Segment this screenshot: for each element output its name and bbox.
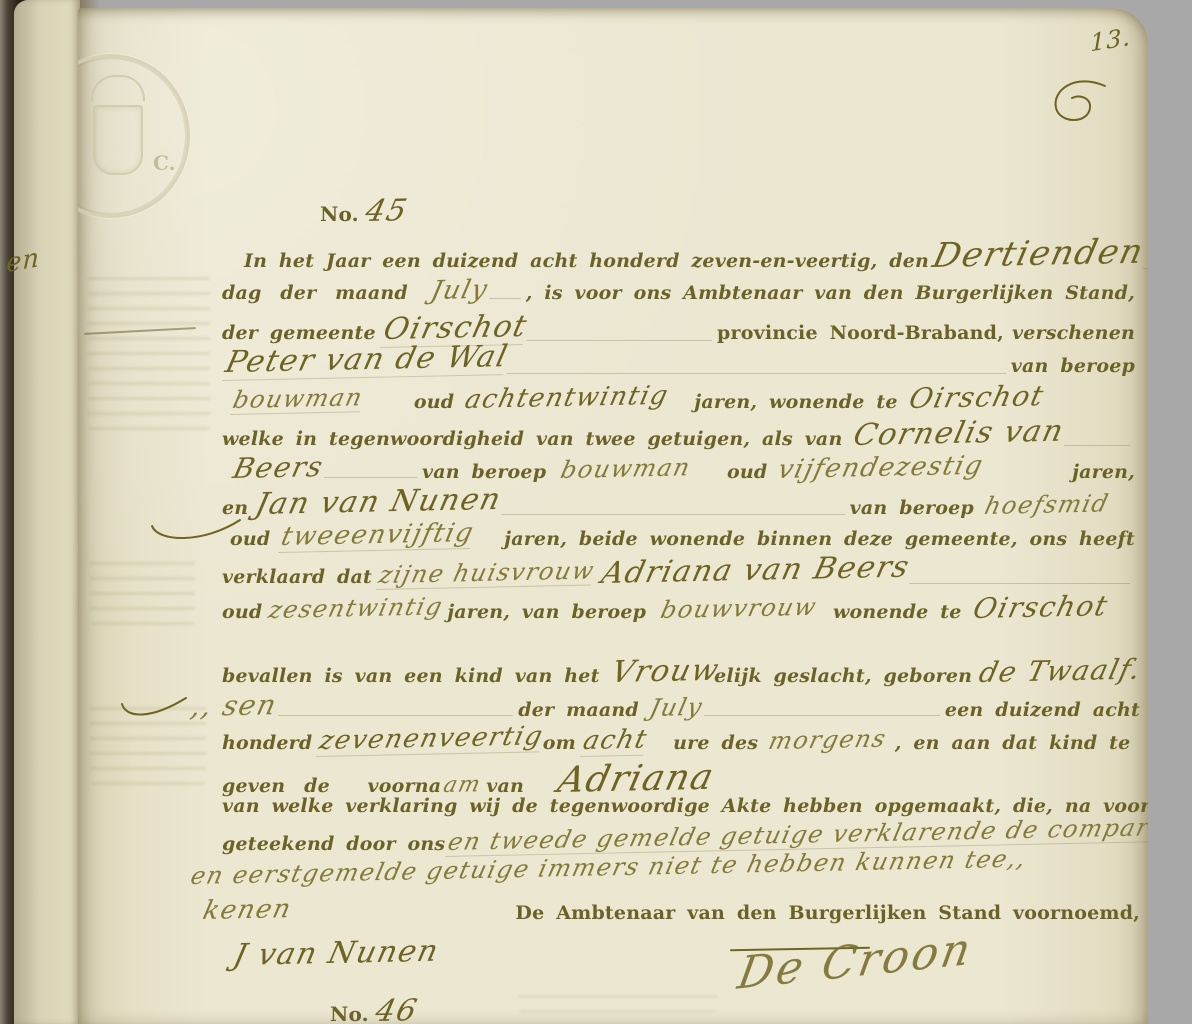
handwritten-witness1-surname: Beers [230, 450, 327, 485]
printed-text: der maand [518, 699, 639, 721]
handwritten-occupation: bouwman [230, 383, 366, 415]
form-line-official-title: kenen De Ambtenaar van den Burgerlijken … [200, 896, 1140, 926]
printed-text: oud [230, 528, 270, 550]
form-line-witness2: en Jan van Nunen van beroep hoefsmid [222, 487, 1135, 522]
printed-text: In het Jaar een duizend acht honderd zev… [244, 250, 929, 272]
previous-page-edge: en [14, 0, 80, 1024]
printed-text: De Ambtenaar van den Burgerlijken Stand … [515, 902, 1140, 924]
handwritten-witness1-name: Cornelis van [850, 414, 1068, 453]
printed-text: welke in tegenwoordigheid van twee getui… [222, 428, 842, 450]
form-line-witness2-details: oud tweeenvijftig jaren, beide wonende b… [230, 522, 1135, 553]
act-number-value: 45 [362, 193, 411, 229]
act-number-label: No. [320, 202, 359, 226]
next-act-number-line: No. 46 [330, 994, 530, 1024]
form-line-witness1-details: Beers van beroep bouwman oud vijfendezes… [230, 452, 1135, 485]
printed-text: geven de voorna [222, 775, 441, 797]
printed-text: bevallen is van een kind van het [222, 665, 600, 687]
handwritten-month: July [428, 275, 491, 306]
handwritten-day: Dertienden [929, 232, 1148, 276]
bleed-through-smudge [88, 270, 210, 430]
seal-shield-icon [93, 105, 143, 175]
printed-text: jaren, wonende te [694, 391, 897, 413]
embossed-seal: 0 C. [78, 54, 190, 218]
bleed-through-smudge [518, 983, 718, 1013]
printed-text: jaren, van beroep [447, 601, 646, 623]
handwritten-clause-end: kenen [200, 894, 295, 926]
register-page: 0 C. 13. No. 45 In het Jaar een duizend … [78, 8, 1148, 1024]
printed-text: oud [727, 461, 767, 483]
printed-text: ure des [673, 732, 758, 754]
bleed-through-smudge [90, 553, 195, 625]
printed-text: een duizend acht [945, 699, 1140, 721]
handwritten-month: July [647, 693, 706, 722]
handwritten-hour: acht [580, 725, 651, 757]
printed-text: elijk geslacht, geboren [714, 665, 972, 687]
printed-text: verklaard dat [222, 566, 372, 588]
handwritten-birth-day: de Twaalf. [976, 653, 1145, 689]
printed-text: van beroep [422, 461, 546, 483]
printed-text: oud [222, 601, 262, 623]
printed-text: en [222, 497, 248, 519]
handwritten-mother-name: Adriana van Beers [598, 550, 913, 591]
form-line-clause-continued: en eerstgemelde getuige immers niet te h… [188, 862, 1138, 890]
printed-text: van welke verklaring wij de tegenwoordig… [222, 795, 1148, 817]
printed-text: jaren, [1072, 461, 1135, 483]
seal-right-text: C. [153, 151, 176, 175]
handwritten-declarant-name: Peter van de Wal [222, 339, 512, 381]
form-line-month: dag der maand July , is voor ons Ambtena… [222, 276, 1135, 306]
handwritten-residence: Oirschot [970, 589, 1112, 625]
next-act-number-label: No. [330, 1002, 369, 1024]
handwritten-gender: Vrouw [608, 653, 723, 690]
handwritten-residence: Oirschot [906, 379, 1048, 415]
handwritten-day-continued: ,, sen [188, 688, 281, 723]
handwritten-age: tweeenvijftig [278, 518, 477, 553]
printed-text: van beroep [1011, 355, 1135, 377]
pen-flourish [1050, 78, 1112, 136]
form-line-declarant-details: bouwman oud achtentwintig jaren, wonende… [230, 382, 1135, 415]
witness-signature: J van Nunen [230, 934, 443, 973]
pen-flourish [118, 692, 190, 722]
handwritten-occupation: hoefsmid [982, 489, 1112, 520]
scanned-register-page: en 0 C. 13. No. 45 In het Jaa [0, 0, 1192, 1024]
form-line-declarant-name: Peter van de Wal van beroep [222, 345, 1135, 381]
handwritten-occupation: bouwman [558, 453, 694, 484]
previous-page-text-fragment: en [6, 243, 41, 280]
handwritten-witness2-name: Jan van Nunen [252, 482, 505, 522]
printed-text: geteekend door ons [222, 833, 445, 855]
official-signature: De Croon [734, 923, 977, 1000]
form-line-declaration: verklaard dat zijne huisvrouw Adriana va… [222, 556, 1135, 591]
printed-text: jaren, beide wonende binnen deze gemeent… [504, 528, 1135, 550]
page-number: 13. [1090, 23, 1131, 58]
printed-text: , en aan dat kind te [895, 732, 1131, 754]
next-act-number-value: 46 [372, 993, 421, 1024]
handwritten-age: vijfendezestig [775, 451, 987, 485]
printed-text: van [486, 775, 524, 797]
printed-text: wonende te [833, 601, 962, 623]
handwritten-age: achtentwintig [462, 381, 672, 415]
handwritten-year: zevenenveertig [316, 721, 547, 757]
handwritten-daypart: morgens [766, 725, 890, 755]
printed-text: , is voor ons Ambtenaar van den Burgerli… [526, 282, 1135, 304]
form-line-birth: bevallen is van een kind van het Vrouw e… [222, 655, 1144, 690]
printed-text: der gemeente [222, 322, 376, 344]
printed-text: provincie Noord-Braband, [717, 322, 1004, 344]
form-line-year: In het Jaar een duizend acht honderd zev… [244, 236, 1148, 276]
printed-text: om [543, 732, 576, 754]
handwritten-age: zesentwintig [266, 592, 446, 624]
printed-text: oud [414, 391, 454, 413]
printed-text: honderd [222, 732, 312, 754]
form-line-mother-details: oud zesentwintig jaren, van beroep bouwv… [222, 592, 1135, 625]
form-line-witnesses-intro: welke in tegenwoordigheid van twee getui… [222, 418, 1135, 453]
act-number-line: No. 45 [320, 194, 580, 229]
handwritten-wife-intro: zijne huisvrouw [376, 557, 598, 590]
handwritten-occupation: bouwvrouw [658, 593, 820, 624]
printed-text: verschenen [1012, 322, 1135, 344]
form-line-birth-month: ,, sen der maand July een duizend acht [188, 690, 1140, 723]
form-line-closing: van welke verklaring wij de tegenwoordig… [222, 795, 1135, 817]
printed-text: dag der maand [222, 282, 408, 304]
printed-text: van beroep [850, 497, 974, 519]
seal-crown-icon [91, 75, 145, 101]
form-line-birth-time: honderd zevenenveertig om acht ure des m… [222, 726, 1135, 757]
